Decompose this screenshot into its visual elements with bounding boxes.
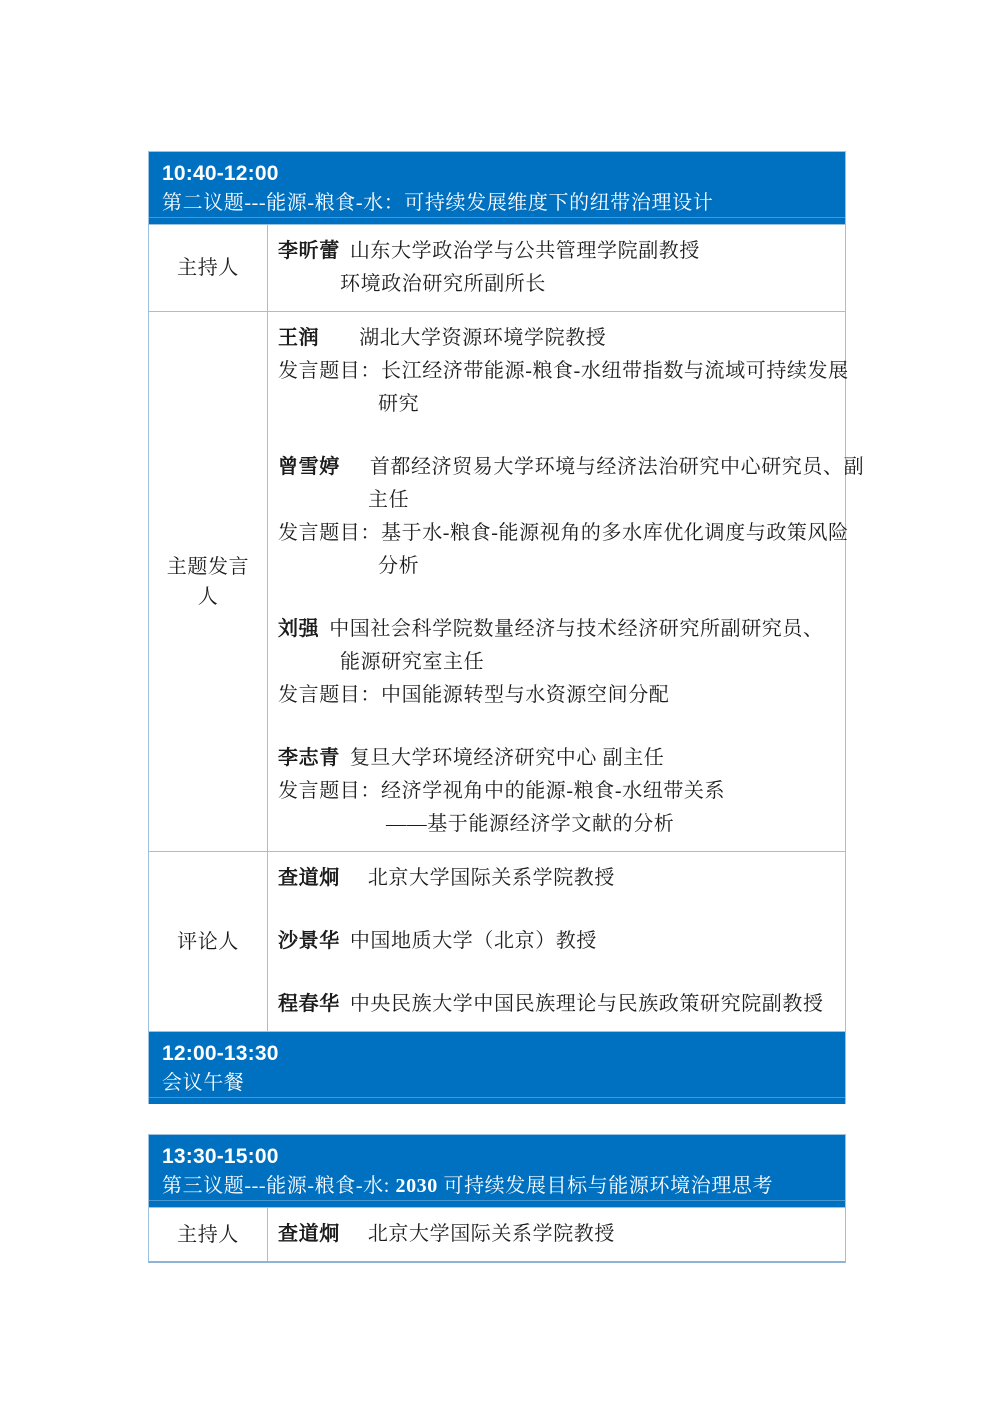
line-text: 北京大学国际关系学院教授 bbox=[368, 1223, 615, 1245]
role-label-cell: 主持人 bbox=[149, 1208, 268, 1261]
content-line: 发言题目：经济学视角中的能源-粮食-水纽带关系 bbox=[278, 775, 864, 808]
content-line: 李志青复旦大学环境经济研究中心 副主任 bbox=[278, 742, 864, 775]
line-text: ——基于能源经济学文献的分析 bbox=[386, 813, 674, 835]
table-row: 评论人查道炯北京大学国际关系学院教授沙景华中国地质大学（北京）教授程春华中央民族… bbox=[149, 851, 845, 1031]
line-text: 山东大学政治学与公共管理学院副教授 bbox=[350, 240, 700, 262]
blank-line bbox=[278, 583, 864, 613]
session-title: 第二议题---能源-粮食-水：可持续发展维度下的纽带治理设计 bbox=[162, 189, 832, 217]
table-row: 主持人查道炯北京大学国际关系学院教授 bbox=[149, 1207, 845, 1261]
speaker-name: 曾雪婷 bbox=[278, 456, 340, 478]
speaker-name: 李志青 bbox=[278, 747, 340, 769]
session-title: 第三议题---能源-粮食-水: 2030 可持续发展目标与能源环境治理思考 bbox=[162, 1172, 832, 1200]
speaker-content-cell: 查道炯北京大学国际关系学院教授沙景华中国地质大学（北京）教授程春华中央民族大学中… bbox=[268, 852, 845, 1031]
role-label: 主持人 bbox=[177, 253, 239, 283]
session-title-part: 会议午餐 bbox=[162, 1072, 244, 1094]
blank-line bbox=[278, 712, 864, 742]
line-text: 复旦大学环境经济研究中心 副主任 bbox=[350, 747, 665, 769]
line-text: 环境政治研究所副所长 bbox=[340, 273, 546, 295]
session-footer-band: 12:00-13:30会议午餐 bbox=[149, 1031, 845, 1104]
speaker-name: 刘强 bbox=[278, 618, 319, 640]
content-line: 查道炯北京大学国际关系学院教授 bbox=[278, 1218, 833, 1251]
blank-line bbox=[278, 895, 833, 925]
session-time-label: 13:30-15:00 bbox=[162, 1143, 832, 1171]
session-time-label: 10:40-12:00 bbox=[162, 160, 832, 188]
document-body: 10:40-12:00第二议题---能源-粮食-水：可持续发展维度下的纽带治理设… bbox=[148, 151, 846, 1263]
session-time-label: 12:00-13:30 bbox=[162, 1040, 832, 1068]
agenda-table: 13:30-15:00第三议题---能源-粮食-水: 2030 可持续发展目标与… bbox=[148, 1134, 846, 1263]
role-label-cell: 主持人 bbox=[149, 225, 268, 311]
content-line: 发言题目：中国能源转型与水资源空间分配 bbox=[278, 679, 864, 712]
content-line: 李昕蕾山东大学政治学与公共管理学院副教授 bbox=[278, 235, 833, 268]
speaker-name: 李昕蕾 bbox=[278, 240, 340, 262]
content-line: ——基于能源经济学文献的分析 bbox=[278, 808, 864, 841]
table-row: 主持人李昕蕾山东大学政治学与公共管理学院副教授环境政治研究所副所长 bbox=[149, 224, 845, 311]
session-title-part: 第三议题---能源-粮食-水: bbox=[162, 1175, 395, 1197]
speaker-name: 程春华 bbox=[278, 993, 340, 1015]
session-title-part: 2030 bbox=[395, 1175, 443, 1197]
content-line: 发言题目：基于水-粮食-能源视角的多水库优化调度与政策风险 bbox=[278, 517, 864, 550]
session-title: 会议午餐 bbox=[162, 1069, 832, 1097]
speaker-name: 查道炯 bbox=[278, 1223, 340, 1245]
content-line: 分析 bbox=[278, 550, 864, 583]
content-line: 环境政治研究所副所长 bbox=[278, 268, 833, 301]
blank-line bbox=[278, 958, 833, 988]
content-line: 主任 bbox=[278, 484, 864, 517]
line-text: 能源研究室主任 bbox=[340, 651, 484, 673]
line-text: 研究 bbox=[378, 393, 419, 415]
role-label-cell: 主题发言人 bbox=[149, 312, 268, 851]
line-text: 中央民族大学中国民族理论与民族政策研究院副教授 bbox=[350, 993, 824, 1015]
content-line: 程春华中央民族大学中国民族理论与民族政策研究院副教授 bbox=[278, 988, 833, 1021]
role-label: 主题发言人 bbox=[159, 552, 257, 612]
session-title-part: 第二议题---能源-粮食-水：可持续发展维度下的纽带治理设计 bbox=[162, 192, 713, 214]
table-gap bbox=[148, 1104, 846, 1134]
line-text: 北京大学国际关系学院教授 bbox=[368, 867, 615, 889]
blank-line bbox=[278, 421, 864, 451]
content-line: 能源研究室主任 bbox=[278, 646, 864, 679]
table-row: 主题发言人王润湖北大学资源环境学院教授发言题目：长江经济带能源-粮食-水纽带指数… bbox=[149, 311, 845, 851]
line-text: 发言题目：长江经济带能源-粮食-水纽带指数与流域可持续发展 bbox=[278, 360, 849, 382]
content-line: 查道炯北京大学国际关系学院教授 bbox=[278, 862, 833, 895]
line-text: 中国地质大学（北京）教授 bbox=[350, 930, 597, 952]
content-line: 沙景华中国地质大学（北京）教授 bbox=[278, 925, 833, 958]
line-text: 主任 bbox=[368, 489, 409, 511]
line-text: 发言题目：基于水-粮食-能源视角的多水库优化调度与政策风险 bbox=[278, 522, 849, 544]
speaker-content-cell: 查道炯北京大学国际关系学院教授 bbox=[268, 1208, 845, 1261]
session-title-part: 可持续发展目标与能源环境治理思考 bbox=[443, 1175, 773, 1197]
content-line: 王润湖北大学资源环境学院教授 bbox=[278, 322, 864, 355]
line-text: 湖北大学资源环境学院教授 bbox=[359, 327, 606, 349]
content-line: 曾雪婷首都经济贸易大学环境与经济法治研究中心研究员、副 bbox=[278, 451, 864, 484]
line-text: 发言题目：经济学视角中的能源-粮食-水纽带关系 bbox=[278, 780, 725, 802]
line-text: 发言题目：中国能源转型与水资源空间分配 bbox=[278, 684, 669, 706]
role-label: 主持人 bbox=[177, 1220, 239, 1250]
session-header-band: 13:30-15:00第三议题---能源-粮食-水: 2030 可持续发展目标与… bbox=[149, 1135, 845, 1207]
content-line: 刘强中国社会科学院数量经济与技术经济研究所副研究员、 bbox=[278, 613, 864, 646]
speaker-content-cell: 王润湖北大学资源环境学院教授发言题目：长江经济带能源-粮食-水纽带指数与流域可持… bbox=[268, 312, 876, 851]
agenda-table: 10:40-12:00第二议题---能源-粮食-水：可持续发展维度下的纽带治理设… bbox=[148, 151, 846, 1104]
role-label: 评论人 bbox=[177, 927, 239, 957]
line-text: 首都经济贸易大学环境与经济法治研究中心研究员、副 bbox=[370, 456, 864, 478]
speaker-name: 沙景华 bbox=[278, 930, 340, 952]
content-line: 研究 bbox=[278, 388, 864, 421]
line-text: 分析 bbox=[378, 555, 419, 577]
speaker-name: 查道炯 bbox=[278, 867, 340, 889]
content-line: 发言题目：长江经济带能源-粮食-水纽带指数与流域可持续发展 bbox=[278, 355, 864, 388]
speaker-name: 王润 bbox=[278, 327, 319, 349]
line-text: 中国社会科学院数量经济与技术经济研究所副研究员、 bbox=[329, 618, 823, 640]
role-label-cell: 评论人 bbox=[149, 852, 268, 1031]
speaker-content-cell: 李昕蕾山东大学政治学与公共管理学院副教授环境政治研究所副所长 bbox=[268, 225, 845, 311]
session-header-band: 10:40-12:00第二议题---能源-粮食-水：可持续发展维度下的纽带治理设… bbox=[149, 152, 845, 224]
